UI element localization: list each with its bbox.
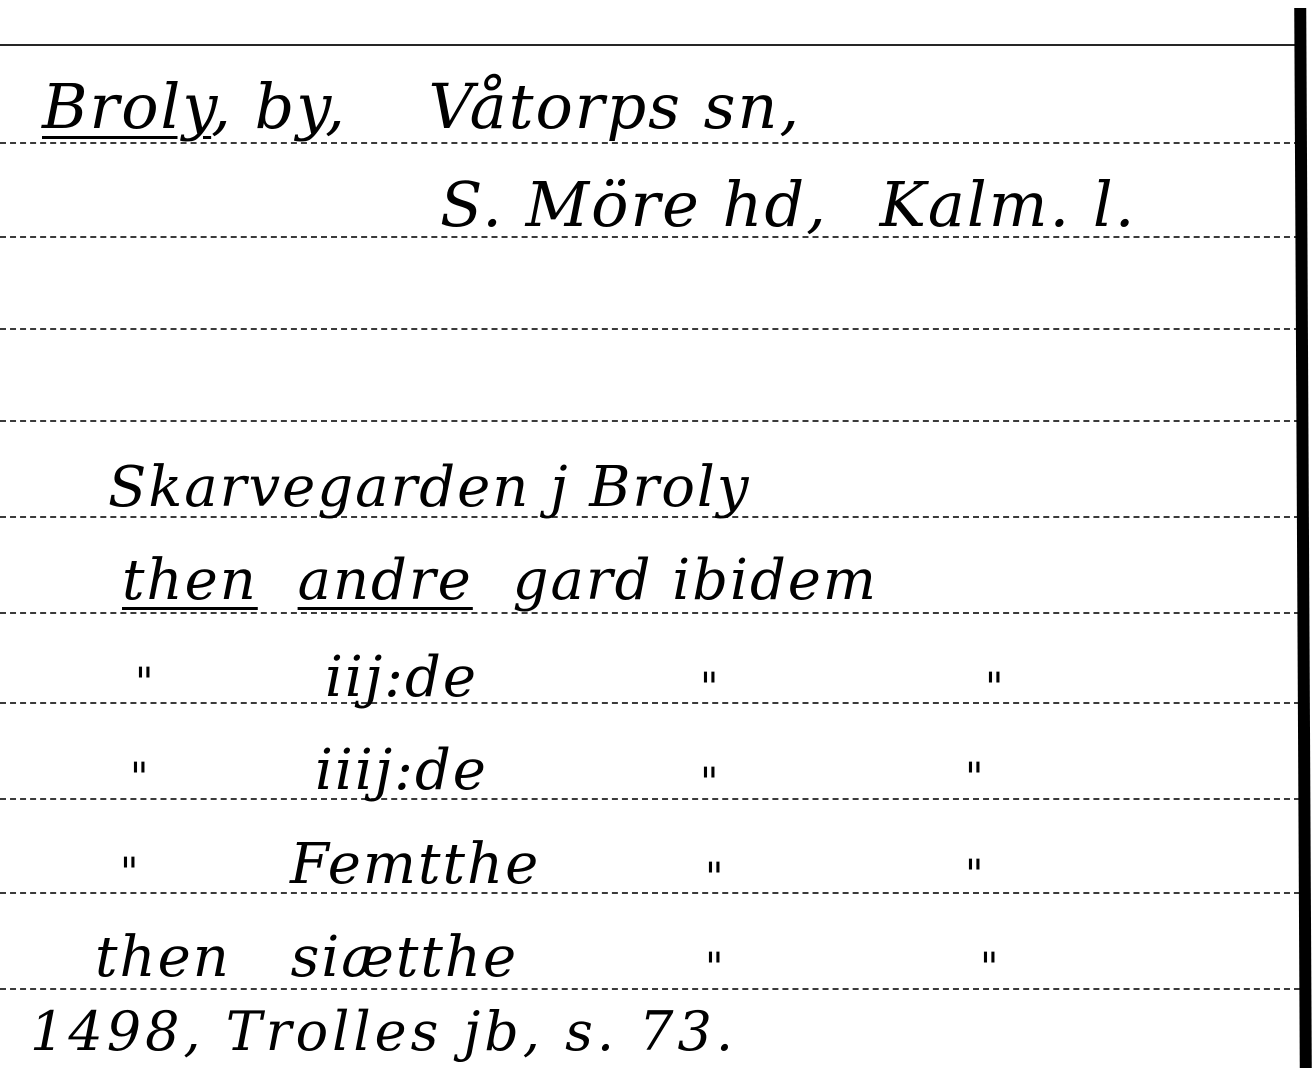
district: S. Möre hd,: [440, 168, 828, 241]
entry-prefix: then: [122, 548, 258, 613]
entry-line: then siætthe: [95, 925, 518, 990]
separator: ,: [325, 70, 347, 143]
parish: Våtorps sn,: [429, 70, 802, 143]
archive-card: Broly, by, Våtorps sn, S. Möre hd, Kalm.…: [0, 0, 1315, 1075]
ditto-mark: ": [130, 755, 148, 801]
heading-line-2: S. Möre hd, Kalm. l.: [440, 168, 1136, 241]
ruled-line: [0, 44, 1300, 46]
entry-rest: gard ibidem: [513, 548, 878, 613]
ruled-line: [0, 798, 1300, 800]
entry-line: Skarvegarden j Broly: [108, 455, 750, 520]
ditto-mark: ": [700, 760, 718, 806]
entry-rest: j Broly: [550, 455, 750, 520]
card-edge-bar: [1294, 8, 1312, 1068]
ditto-mark: ": [700, 665, 718, 711]
entry-ordinal: Femtthe: [290, 832, 540, 897]
place-type: by: [255, 70, 325, 143]
ruled-line: [0, 892, 1300, 894]
entry-prefix: then: [95, 925, 231, 990]
ruled-line: [0, 702, 1300, 704]
heading-line-1: Broly, by, Våtorps sn,: [42, 70, 801, 143]
entry-ordinal: siætthe: [291, 925, 519, 990]
ditto-mark: ": [705, 855, 723, 901]
place-name: Broly: [42, 70, 211, 143]
ruled-line: [0, 328, 1300, 330]
ditto-mark: ": [980, 945, 998, 991]
ditto-mark: ": [965, 755, 983, 801]
entry-line: then andre gard ibidem: [122, 548, 878, 613]
ditto-mark: ": [135, 660, 153, 706]
source-reference: 1498, Trolles jb, s. 73.: [30, 1000, 737, 1063]
separator: ,: [211, 70, 233, 143]
entry-ordinal: Skarvegarden: [108, 455, 530, 520]
ditto-mark: ": [705, 945, 723, 991]
ditto-mark: ": [120, 850, 138, 896]
entry-ordinal: iiij:de: [315, 738, 488, 803]
county: Kalm. l.: [880, 168, 1137, 241]
ditto-mark: ": [965, 852, 983, 898]
ruled-line: [0, 420, 1300, 422]
entry-ordinal: iij:de: [325, 645, 478, 710]
ditto-mark: ": [985, 665, 1003, 711]
entry-ordinal: andre: [298, 548, 473, 613]
